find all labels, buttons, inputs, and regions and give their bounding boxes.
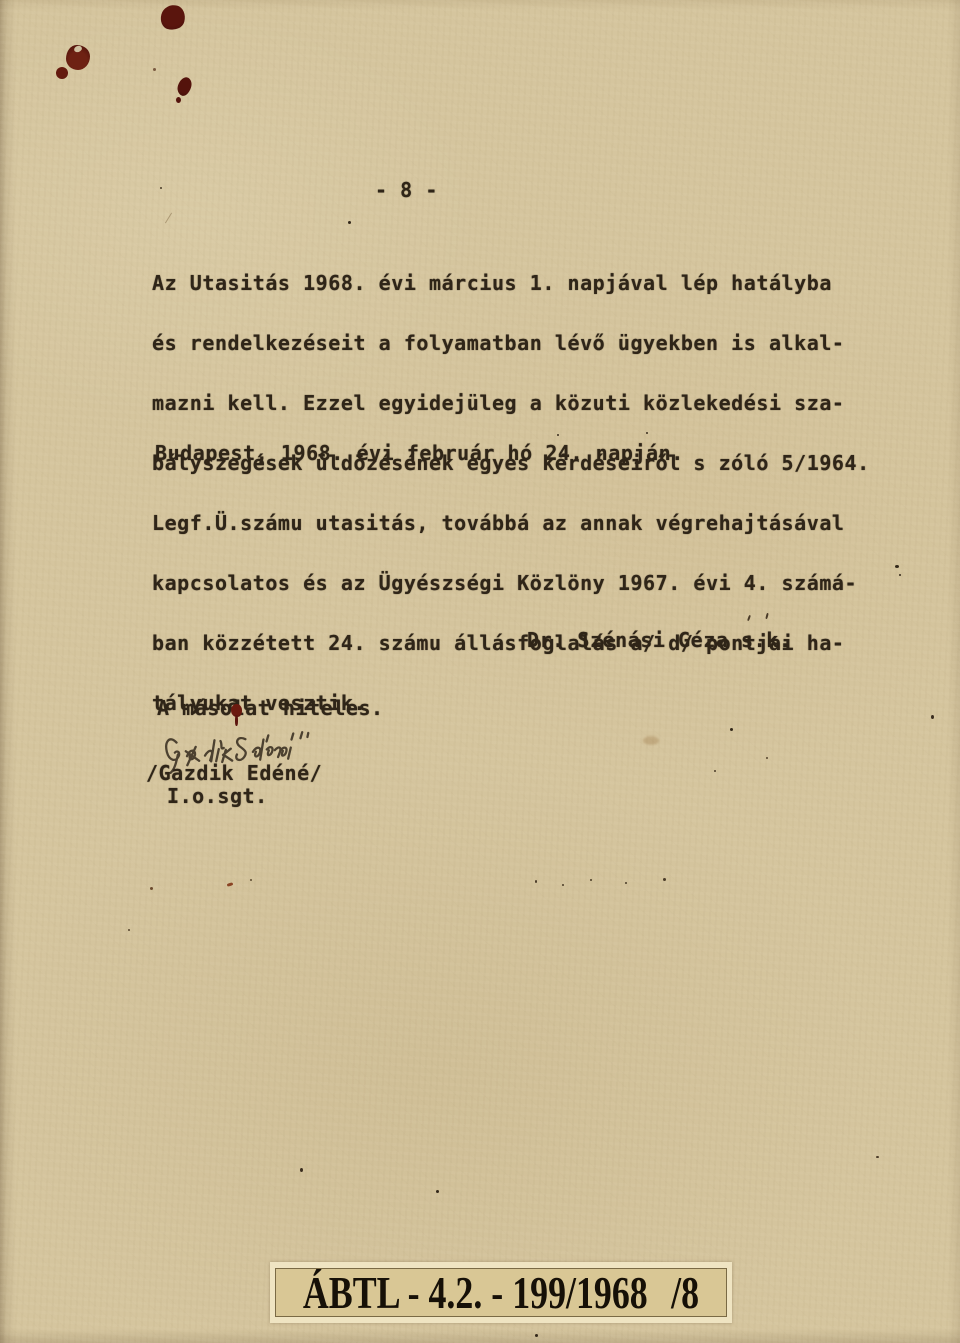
speck	[562, 884, 564, 886]
archive-stamp-text: ÁBTL - 4.2. - 199/1968/8	[303, 1266, 699, 1319]
ink-stain	[66, 45, 90, 70]
document-page: - 8 - Az Utasitás 1968. évi március 1. n…	[0, 0, 960, 1343]
speck	[128, 929, 130, 931]
speck	[227, 882, 234, 886]
signer-name: Dr. Szénási Géza s.k.	[527, 630, 791, 650]
ink-stain-glint	[73, 45, 83, 53]
speck	[150, 887, 153, 890]
paper-fiber	[165, 213, 172, 224]
speck	[931, 715, 934, 719]
body-line: mazni kell. Ezzel egyidejüleg a közuti k…	[152, 393, 870, 413]
speck	[766, 757, 768, 759]
archive-stamp: ÁBTL - 4.2. - 199/1968/8	[270, 1262, 732, 1323]
ink-stain	[175, 75, 193, 97]
ink-stain	[176, 97, 181, 103]
typed-signature: /Gazdik Edéné/	[146, 763, 322, 783]
speck	[153, 68, 156, 71]
speck	[876, 1156, 879, 1158]
date-line: Budapest, 1968. évi február hó 24. napjá…	[155, 443, 684, 463]
speck	[535, 1334, 538, 1337]
speck	[160, 187, 162, 189]
speck	[895, 565, 899, 568]
speck	[899, 574, 901, 576]
ink-stain	[158, 2, 188, 32]
speck	[625, 882, 627, 884]
stamp-code: ÁBTL - 4.2. - 199/1968	[303, 1267, 648, 1318]
speck	[348, 221, 351, 224]
speck	[535, 880, 537, 883]
stamp-page-ref: /8	[671, 1267, 699, 1318]
speck	[250, 879, 252, 881]
ink-stain	[56, 67, 68, 79]
speck	[300, 1168, 303, 1172]
body-line: kapcsolatos és az Ügyészségi Közlöny 196…	[152, 573, 870, 593]
speck	[663, 878, 666, 881]
speck	[714, 770, 716, 772]
body-paragraph: Az Utasitás 1968. évi március 1. napjáva…	[152, 233, 870, 753]
speck	[590, 879, 592, 881]
body-line: Legf.Ü.számu utasitás, továbbá az annak …	[152, 513, 870, 533]
archive-stamp-inner: ÁBTL - 4.2. - 199/1968/8	[275, 1268, 727, 1317]
signature-rank: I.o.sgt.	[167, 786, 268, 806]
body-line: Az Utasitás 1968. évi március 1. napjáva…	[152, 273, 870, 293]
body-line: és rendelkezéseit a folyamatban lévő ügy…	[152, 333, 870, 353]
speck	[436, 1190, 439, 1193]
certification-note: A másolat hiteles.	[157, 698, 384, 718]
page-number: - 8 -	[375, 180, 438, 200]
